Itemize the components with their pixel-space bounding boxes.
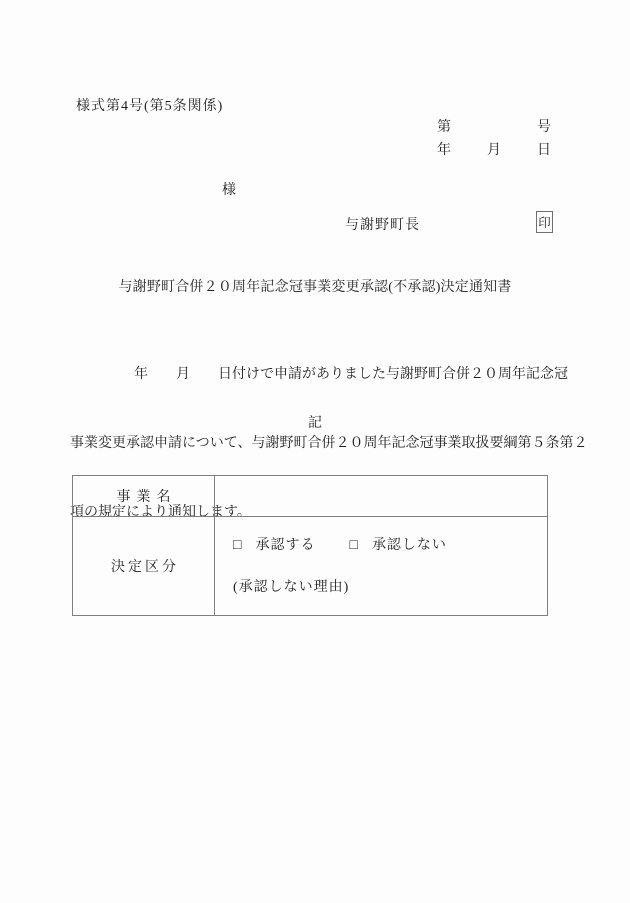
document-page: 様式第4号(第5条関係) 第 号 年 月 日 様 与謝野町長 印 与謝野町合併２… [0,0,630,903]
day-label: 日 [537,139,551,159]
document-title: 与謝野町合併２０周年記念冠事業変更承認(不承認)決定通知書 [0,276,630,296]
decision-category-label: 決定区分 [111,556,179,576]
doc-number-prefix: 第 [437,116,451,136]
doc-number-line: 第 号 [437,116,551,136]
project-name-label-cell: 事業名 [73,476,215,516]
body-line: 事業変更承認申請について、与謝野町合併２０周年記念冠事業取扱要綱第５条第２ [70,432,575,455]
form-number: 様式第4号(第5条関係) [76,95,223,115]
option-approve-label: 承認する [255,537,315,554]
decision-category-value-cell: □ 承認する □ 承認しない (承認しない理由) [215,517,547,615]
project-name-label: 事業名 [117,486,177,506]
doc-number-suffix: 号 [537,116,551,136]
seal-label: 印 [538,213,551,231]
issuer-title: 与謝野町長 [345,214,420,234]
decision-table: 事業名 決定区分 □ 承認する □ 承認しない (承認しない理由) [72,475,548,616]
addressee-honorific: 様 [222,179,236,199]
year-label: 年 [437,139,451,159]
disapprove-reason-label: (承認しない理由) [233,579,547,596]
checkbox-approve-icon[interactable]: □ [233,537,241,554]
date-line: 年 月 日 [437,139,551,159]
project-name-value-cell[interactable] [215,476,547,516]
checkbox-disapprove-icon[interactable]: □ [349,537,357,554]
seal-stamp: 印 [536,211,553,233]
ki-marker: 記 [0,412,630,432]
month-label: 月 [487,139,501,159]
option-disapprove-label: 承認しない [372,537,447,554]
table-row-project-name: 事業名 [73,476,547,517]
body-line: 年 月 日付けで申請がありました与謝野町合併２０周年記念冠 [70,363,575,386]
table-row-decision-category: 決定区分 □ 承認する □ 承認しない (承認しない理由) [73,517,547,615]
decision-category-label-cell: 決定区分 [73,517,215,615]
decision-options-line: □ 承認する □ 承認しない [233,537,547,554]
